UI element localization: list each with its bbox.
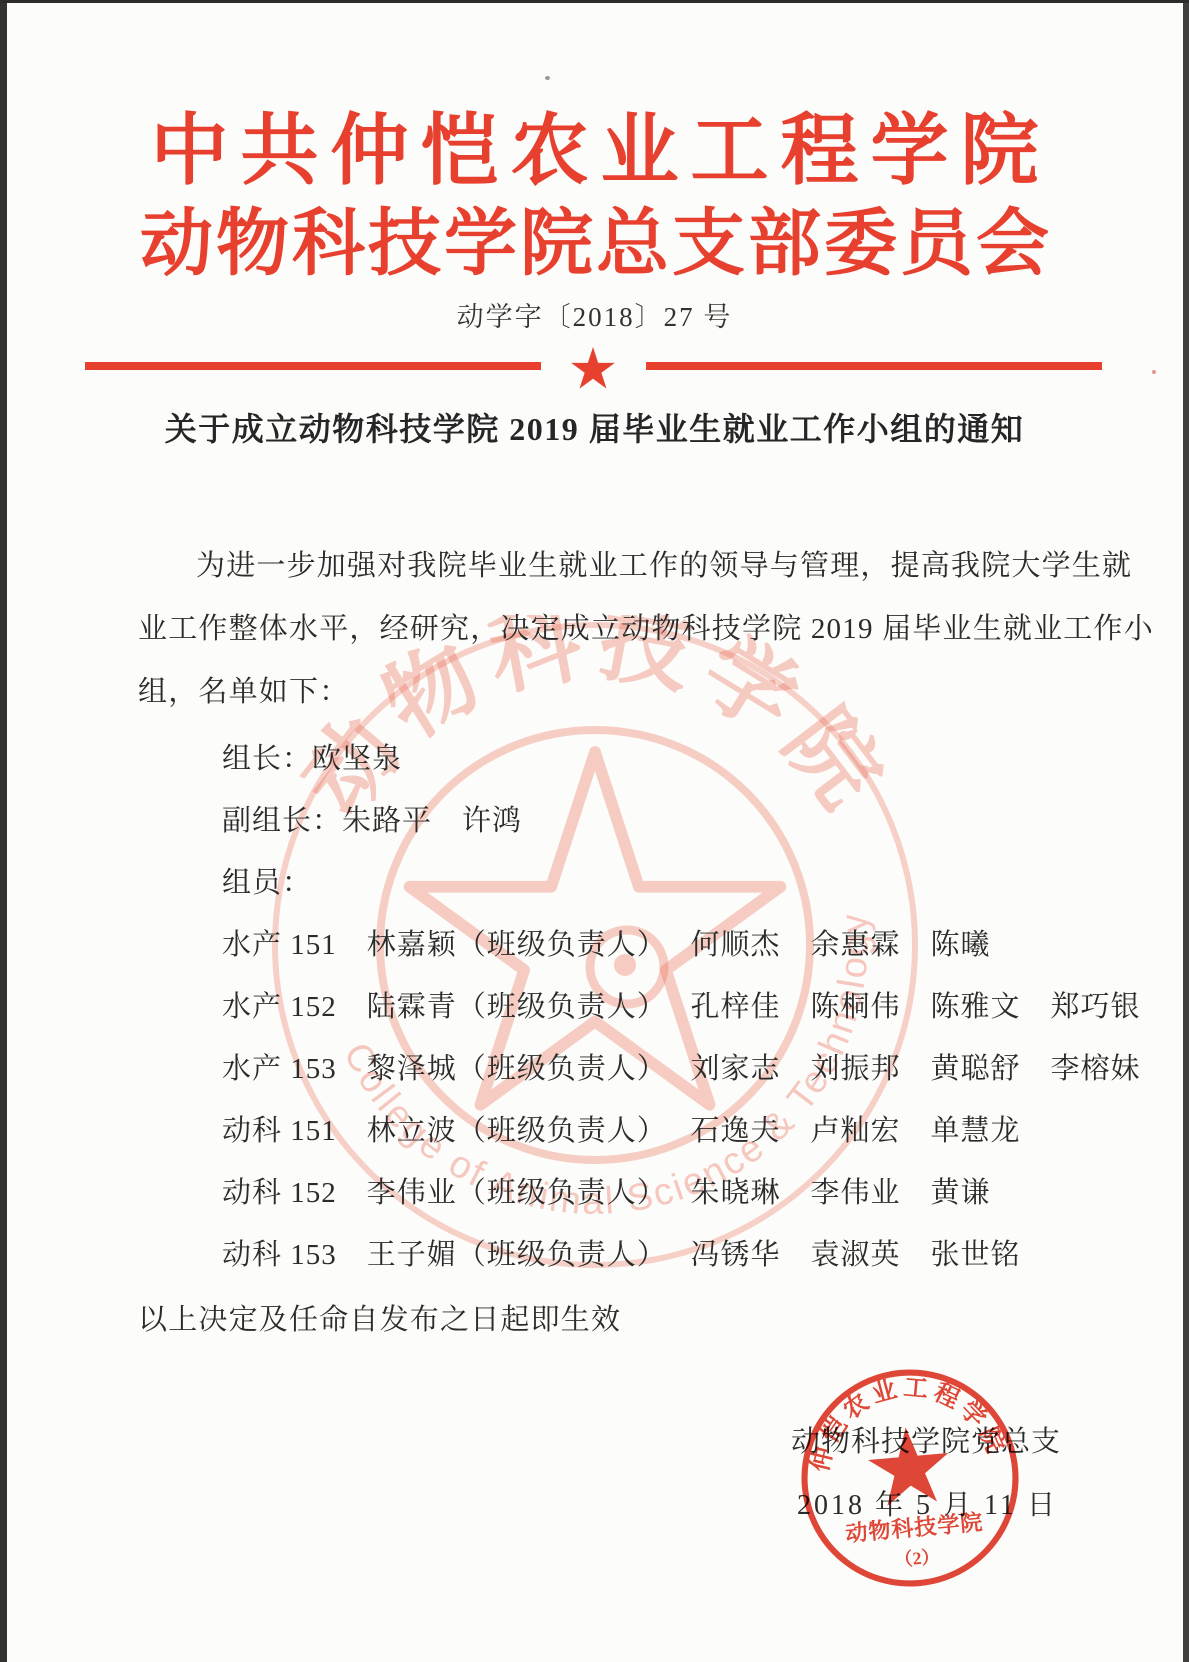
scan-edge-top: [0, 0, 1189, 3]
party-branch-seal: 仲恺农业工程学院 动物科技学院 （2）: [788, 1356, 1033, 1601]
seal-star-icon: [865, 1424, 952, 1507]
roster-row-deputy-leader: 副组长：朱路平 许鸿: [222, 807, 522, 836]
seal-number-text: （2）: [894, 1546, 940, 1570]
paragraph-line-1: 为进一步加强对我院毕业生就业工作的领导与管理，提高我院大学生就: [138, 552, 1132, 581]
paragraph-line-2: 业工作整体水平，经研究，决定成立动物科技学院 2019 届毕业生就业工作小: [138, 615, 1154, 644]
notice-title: 关于成立动物科技学院 2019 届毕业生就业工作小组的通知: [0, 413, 1189, 445]
roster-row-shuichan-153: 水产 153 黎泽城（班级负责人） 刘家志 刘振邦 黄聪舒 李榕妹: [222, 1055, 1141, 1084]
seal-name-text: 动物科技学院: [844, 1509, 984, 1546]
seal-graphics: 仲恺农业工程学院 动物科技学院 （2）: [796, 1364, 1025, 1593]
doc-number: 动学字〔2018〕27 号: [0, 304, 1189, 331]
roster-row-shuichan-151: 水产 151 林嘉颖（班级负责人） 何顺杰 余惠霖 陈曦: [222, 931, 991, 960]
scan-speck: [545, 76, 550, 80]
paragraph-line-3: 组，名单如下：: [138, 678, 349, 707]
scanned-document: 动物科技学院 College of Animal Science & Techn…: [0, 0, 1189, 1662]
scan-edge-left: [0, 0, 7, 1662]
roster-row-members-label: 组员：: [222, 869, 312, 898]
svg-text:动物科技学院: 动物科技学院: [286, 615, 905, 833]
org-title-line2: 动物科技学院总支部委员会: [0, 207, 1189, 280]
roster-row-dongke-153: 动科 153 王子媚（班级负责人） 冯锈华 袁淑英 张世铭: [222, 1241, 1021, 1270]
document-page: 动物科技学院 College of Animal Science & Techn…: [0, 0, 1189, 1662]
org-title-line1: 中共仲恺农业工程学院: [0, 112, 1189, 190]
closing-line: 以上决定及任命自发布之日起即生效: [138, 1306, 621, 1335]
roster-row-leader: 组长：欧坚泉: [222, 745, 402, 774]
roster-row-dongke-151: 动科 151 林立波（班级负责人） 石逸夫 卢籼宏 单慧龙: [222, 1117, 1021, 1146]
roster-row-shuichan-152: 水产 152 陆霖青（班级负责人） 孔梓佳 陈桐伟 陈雅文 郑巧银: [222, 993, 1141, 1022]
roster-row-dongke-152: 动科 152 李伟业（班级负责人） 朱晓琳 李伟业 黄谦: [222, 1179, 991, 1208]
divider-star-icon: [569, 345, 617, 393]
scan-edge-right: [1183, 0, 1189, 1662]
scan-speck: [1152, 370, 1156, 374]
red-divider-left: [85, 362, 541, 370]
watermark-ring-text-cn: 动物科技学院: [286, 615, 905, 833]
red-divider-right: [646, 362, 1102, 370]
